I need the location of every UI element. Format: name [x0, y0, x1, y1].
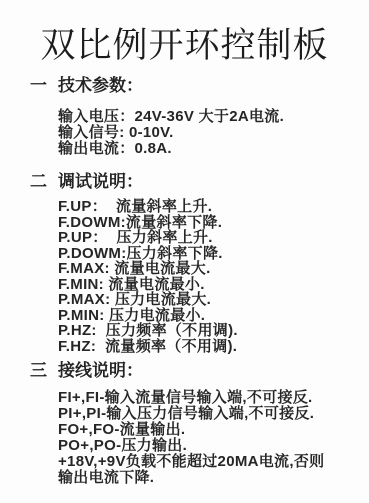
text-line: P.MAX: 压力电流最大.	[58, 292, 369, 308]
text-line: FI+,FI-输入流量信号输入端,不可接反.	[58, 390, 369, 406]
section-3-heading: 接线说明：	[58, 361, 143, 380]
section-2-body: F.UP： 流量斜率上升. F.DOWM:流量斜率下降. P.UP： 压力斜率上…	[58, 199, 369, 354]
text-line: P.DOWM:压力斜率下降.	[58, 246, 369, 262]
section-2-number: 二	[30, 172, 47, 191]
section-3-body: FI+,FI-输入流量信号输入端,不可接反. PI+,PI-输入压力信号输入端,…	[58, 390, 369, 486]
section-1-body: 输入电压：24V-36V 大于2A电流. 输入信号: 0-10V. 输出电流：0…	[58, 109, 369, 157]
text-line: F.DOWM:流量斜率下降.	[58, 215, 369, 231]
section-wiring-instructions: 三 接线说明： FI+,FI-输入流量信号输入端,不可接反. PI+,PI-输入…	[0, 361, 369, 486]
section-1-number: 一	[30, 76, 47, 95]
text-line: F.HZ: 流量频率（不用调).	[58, 339, 369, 355]
instruction-sheet: 双比例开环控制板 一 技术参数： 输入电压：24V-36V 大于2A电流. 输入…	[0, 0, 369, 503]
section-1-heading-row: 一 技术参数：	[30, 76, 369, 95]
text-line: PI+,PI-输入压力信号输入端,不可接反.	[58, 406, 369, 422]
text-line: F.MAX: 流量电流最大.	[58, 261, 369, 277]
text-line: F.UP： 流量斜率上升.	[58, 199, 369, 215]
section-technical-params: 一 技术参数： 输入电压：24V-36V 大于2A电流. 输入信号: 0-10V…	[0, 76, 369, 157]
text-line: 输出电流：0.8A.	[58, 141, 369, 157]
text-line: 输入电压：24V-36V 大于2A电流.	[58, 109, 369, 125]
text-line: PO+,PO-压力输出.	[58, 438, 369, 454]
section-3-number: 三	[30, 361, 47, 380]
text-line: 输入信号: 0-10V.	[58, 125, 369, 141]
page-title: 双比例开环控制板	[0, 0, 369, 66]
text-line: 输出电流下降.	[58, 470, 369, 486]
text-line: FO+,FO-流量输出.	[58, 422, 369, 438]
section-1-heading: 技术参数：	[58, 76, 143, 95]
section-2-heading: 调试说明：	[58, 172, 143, 191]
text-line: P.UP： 压力斜率上升.	[58, 230, 369, 246]
text-line: P.HZ: 压力频率（不用调).	[58, 323, 369, 339]
section-debug-instructions: 二 调试说明： F.UP： 流量斜率上升. F.DOWM:流量斜率下降. P.U…	[0, 172, 369, 354]
text-line: F.MIN: 流量电流最小.	[58, 277, 369, 293]
text-line: P.MIN: 压力电流最小.	[58, 308, 369, 324]
section-3-heading-row: 三 接线说明：	[30, 361, 369, 380]
section-2-heading-row: 二 调试说明：	[30, 172, 369, 191]
text-line: +18V,+9V负载不能超过20MA电流,否则	[58, 454, 369, 470]
